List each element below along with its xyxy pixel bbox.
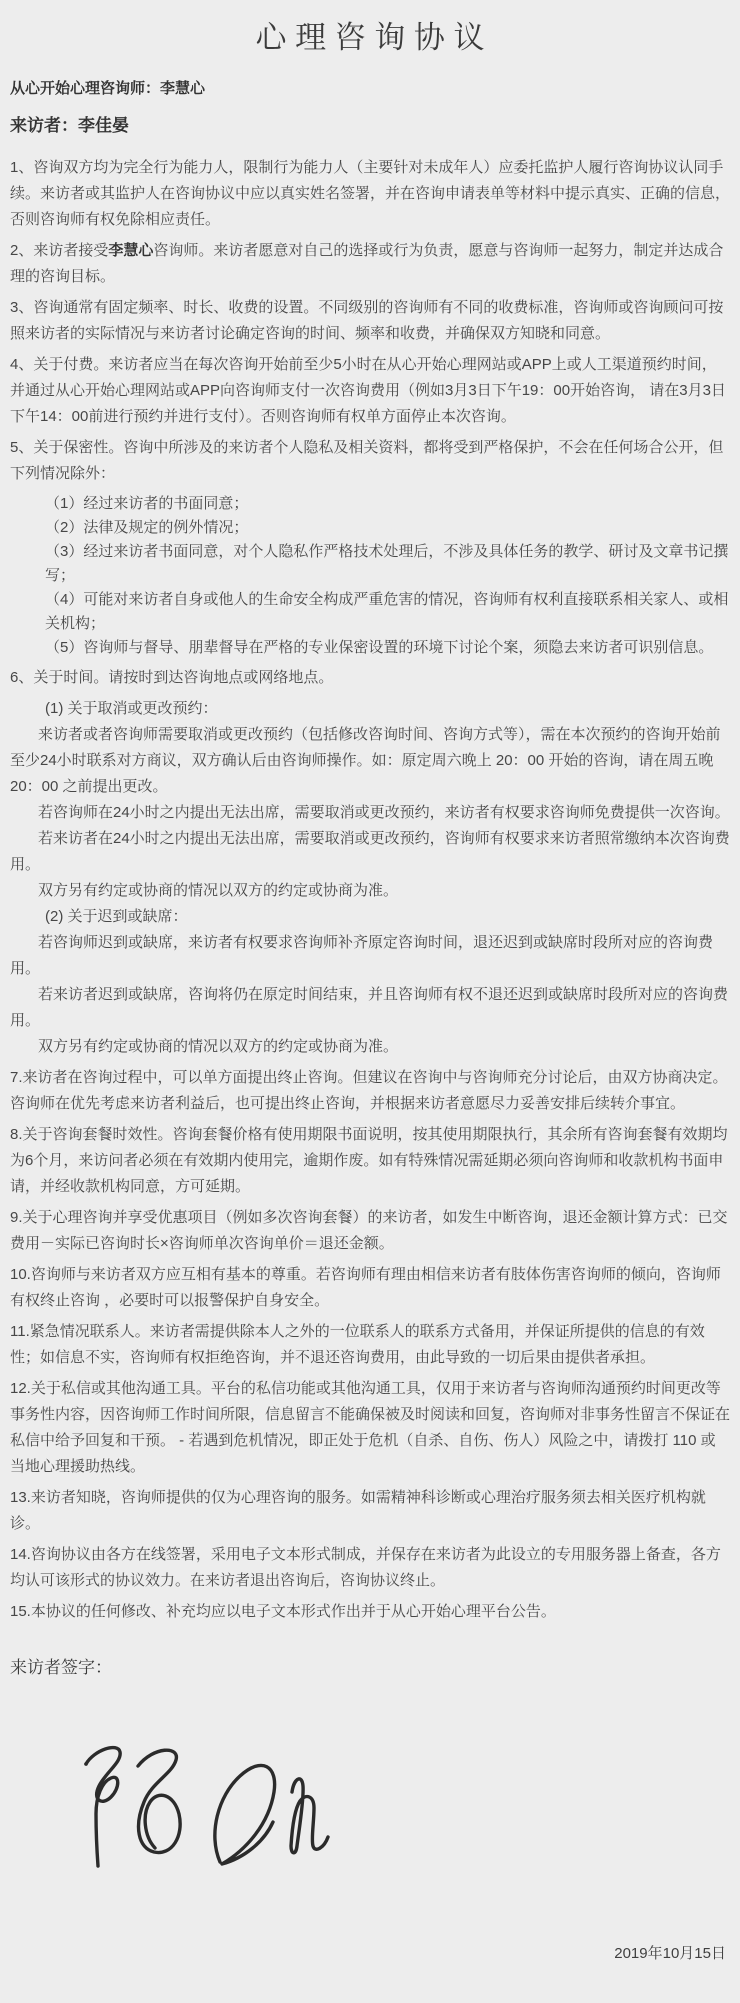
agreement-paragraph: 6、关于时间。请按时到达咨询地点或网络地点。 <box>10 665 730 691</box>
agreement-paragraph: 12.关于私信或其他沟通工具。平台的私信功能或其他沟通工具，仅用于来访者与咨询师… <box>10 1376 730 1480</box>
signature-date: 2019年10月15日 <box>10 1942 730 1963</box>
agreement-paragraph: 若咨询师迟到或缺席，来访者有权要求咨询师补齐原定咨询时间，退还迟到或缺席时段所对… <box>10 930 730 982</box>
agreement-paragraph: 双方另有约定或协商的情况以双方的约定或协商为准。 <box>10 1034 730 1060</box>
agreement-paragraph: （3）经过来访者书面同意，对个人隐私作严格技术处理后，不涉及具体任务的教学、研讨… <box>10 540 730 588</box>
agreement-paragraph: 9.关于心理咨询并享受优惠项目（例如多次咨询套餐）的来访者，如发生中断咨询，退还… <box>10 1205 730 1257</box>
counselor-line: 从心开始心理咨询师：李慧心 <box>10 77 730 98</box>
signature-area <box>72 1738 344 1928</box>
agreement-paragraph: 若来访者在24小时之内提出无法出席，需要取消或更改预约，咨询师有权要求来访者照常… <box>10 826 730 878</box>
handwritten-signature-icon <box>72 1738 344 1928</box>
agreement-paragraph: 14.咨询协议由各方在线签署，采用电子文本形式制成，并保存在来访者为此设立的专用… <box>10 1542 730 1594</box>
agreement-paragraph: (1) 关于取消或更改预约： <box>10 696 730 722</box>
counselor-name: 李慧心 <box>108 242 153 259</box>
agreement-paragraph: 若来访者迟到或缺席，咨询将仍在原定时间结束，并且咨询师有权不退还迟到或缺席时段所… <box>10 982 730 1034</box>
page-title: 心 理 咨 询 协 议 <box>10 12 730 57</box>
agreement-paragraph: (2) 关于迟到或缺席： <box>10 904 730 930</box>
agreement-paragraph: 来访者或者咨询师需要取消或更改预约（包括修改咨询时间、咨询方式等），需在本次预约… <box>10 722 730 800</box>
agreement-paragraph: （4）可能对来访者自身或他人的生命安全构成严重危害的情况，咨询师有权利直接联系相… <box>10 588 730 636</box>
agreement-paragraph: （5）咨询师与督导、朋辈督导在严格的专业保密设置的环境下讨论个案，须隐去来访者可… <box>10 636 730 660</box>
agreement-document: 心 理 咨 询 协 议 从心开始心理咨询师：李慧心 来访者：李佳晏 1、咨询双方… <box>0 0 740 2003</box>
agreement-paragraph: （2）法律及规定的例外情况； <box>10 516 730 540</box>
agreement-paragraph: 3、咨询通常有固定频率、时长、收费的设置。不同级别的咨询师有不同的收费标准，咨询… <box>10 295 730 347</box>
agreement-paragraph: 4、关于付费。来访者应当在每次咨询开始前至少5小时在从心开始心理网站或APP上或… <box>10 352 730 430</box>
agreement-paragraph: 5、关于保密性。咨询中所涉及的来访者个人隐私及相关资料，都将受到严格保护，不会在… <box>10 435 730 487</box>
agreement-paragraph: 双方另有约定或协商的情况以双方的约定或协商为准。 <box>10 878 730 904</box>
agreement-paragraph: 10.咨询师与来访者双方应互相有基本的尊重。若咨询师有理由相信来访者有肢体伤害咨… <box>10 1262 730 1314</box>
agreement-paragraph: 若咨询师在24小时之内提出无法出席，需要取消或更改预约，来访者有权要求咨询师免费… <box>10 800 730 826</box>
agreement-body: 1、咨询双方均为完全行为能力人，限制行为能力人（主要针对未成年人）应委托监护人履… <box>10 155 730 1625</box>
agreement-paragraph: 8.关于咨询套餐时效性。咨询套餐价格有使用期限书面说明，按其使用期限执行，其余所… <box>10 1122 730 1200</box>
signature-label: 来访者签字： <box>10 1653 730 1678</box>
agreement-paragraph: （1）经过来访者的书面同意； <box>10 492 730 516</box>
agreement-paragraph: 11.紧急情况联系人。来访者需提供除本人之外的一位联系人的联系方式备用，并保证所… <box>10 1319 730 1371</box>
agreement-paragraph: 7.来访者在咨询过程中，可以单方面提出终止咨询。但建议在咨询中与咨询师充分讨论后… <box>10 1065 730 1117</box>
visitor-line: 来访者：李佳晏 <box>10 111 730 136</box>
agreement-paragraph: 13.来访者知晓，咨询师提供的仅为心理咨询的服务。如需精神科诊断或心理治疗服务须… <box>10 1485 730 1537</box>
agreement-paragraph: 15.本协议的任何修改、补充均应以电子文本形式作出并于从心开始心理平台公告。 <box>10 1599 730 1625</box>
agreement-paragraph: 2、来访者接受李慧心咨询师。来访者愿意对自己的选择或行为负责，愿意与咨询师一起努… <box>10 238 730 290</box>
agreement-paragraph: 1、咨询双方均为完全行为能力人，限制行为能力人（主要针对未成年人）应委托监护人履… <box>10 155 730 233</box>
